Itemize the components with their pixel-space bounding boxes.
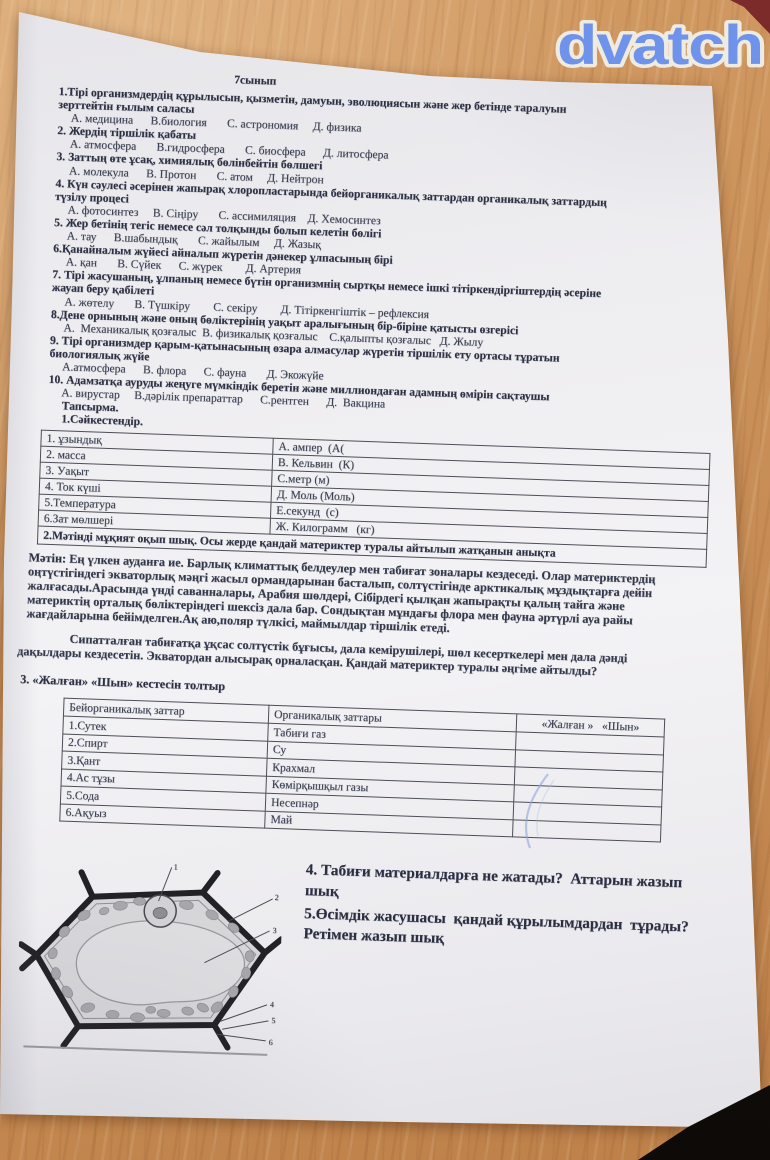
reading-text: Мәтін: Ең үлкен ауданға ие. Барлық клима…	[26, 552, 690, 644]
label-4: 4	[270, 1000, 274, 1009]
written-questions: 4. Табиғи материалдарға не жатады? Аттар…	[303, 860, 702, 961]
label-3: 3	[272, 926, 276, 935]
text-body: Ең үлкен ауданға ие. Барлық климаттық бе…	[26, 552, 655, 635]
plant-cell-diagram: 1 2 3 4 5 6	[15, 856, 284, 1061]
label-2: 2	[275, 893, 279, 902]
sheet-content: 7сынып 1.Тірі организмдердің құрылысын, …	[0, 55, 730, 1076]
label-1: 1	[174, 863, 178, 872]
true-false-table: Бейорганикалық заттар Органикалық заттар…	[59, 698, 665, 843]
nucleolus	[153, 907, 167, 918]
paper-shadow-wrap: 7сынып 1.Тірі организмдердің құрылысын, …	[0, 0, 770, 1160]
watermark-text: dvatch	[557, 13, 763, 76]
test-paper: 7сынып 1.Тірі организмдердің құрылысын, …	[0, 0, 770, 1160]
quiz-section: 1.Тірі организмдердің құрылысын, қызметі…	[47, 85, 615, 445]
photo-scene: 7сынып 1.Тірі организмдердің құрылысын, …	[0, 0, 770, 1160]
label-6: 6	[269, 1038, 273, 1047]
watermark: dvatch	[550, 2, 770, 88]
matching-table: 1. ұзындықА. ампер (А( 2. массаВ. Кельви…	[37, 430, 711, 568]
label-5: 5	[271, 1016, 275, 1025]
ground-line	[23, 1046, 267, 1055]
pen-mark	[500, 770, 570, 854]
bottom-section: 1 2 3 4 5 6 4. Табиғи материалдарға не ж…	[15, 850, 702, 1076]
